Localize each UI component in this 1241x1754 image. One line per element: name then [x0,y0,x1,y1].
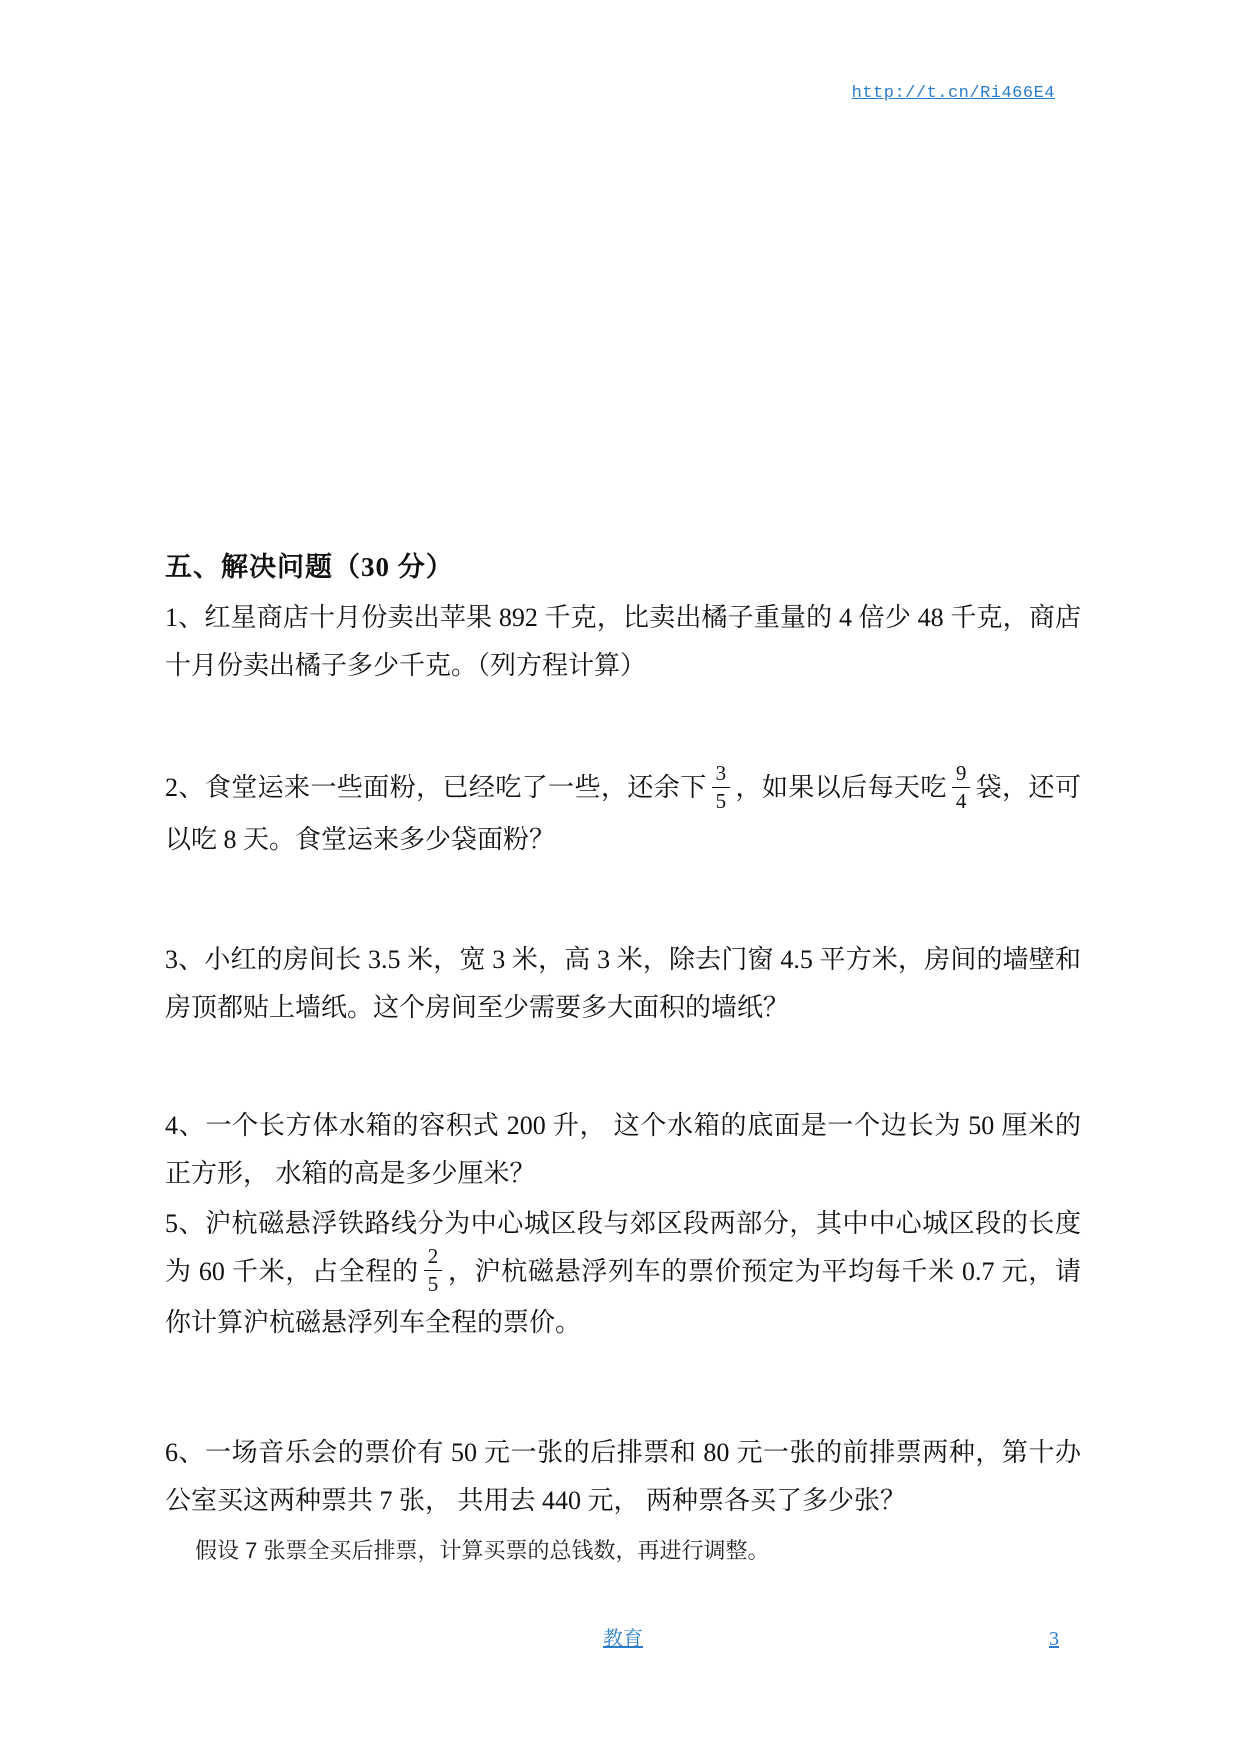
page-footer: 教育 3 [165,1626,1081,1652]
problem-6-hint: 假设 7 张票全买后排票，计算买票的总钱数，再进行调整。 [165,1535,1081,1567]
problem-3: 3、小红的房间长 3.5 米，宽 3 米，高 3 米，除去门窗 4.5 平方米，… [165,936,1081,1032]
problem-2: 2、食堂运来一些面粉，已经吃了一些，还余下35，如果以后每天吃94袋，还可以吃 … [165,764,1081,864]
fraction: 94 [952,762,971,813]
worksheet-body: 五、解决问题（30 分） 1、红星商店十月份卖出苹果 892 千克，比卖出橘子重… [165,0,1081,1567]
problem-6: 6、一场音乐会的票价有 50 元一张的后排票和 80 元一张的前排票两种，第十办… [165,1429,1081,1525]
problem-5: 5、沪杭磁悬浮铁路线分为中心城区段与郊区段两部分，其中中心城区段的长度为 60 … [165,1200,1081,1348]
problem-4: 4、一个长方体水箱的容积式 200 升， 这个水箱的底面是一个边长为 50 厘米… [165,1102,1081,1198]
fraction: 35 [712,762,731,813]
section-title: 五、解决问题（30 分） [165,548,1081,586]
fraction: 25 [424,1245,443,1296]
footer-site-link[interactable]: 教育 [165,1626,1081,1652]
problem-1: 1、红星商店十月份卖出苹果 892 千克，比卖出橘子重量的 4 倍少 48 千克… [165,594,1081,690]
document-page: http://t.cn/Ri466E4 五、解决问题（30 分） 1、红星商店十… [0,0,1241,1754]
footer-page-number[interactable]: 3 [1049,1626,1059,1652]
